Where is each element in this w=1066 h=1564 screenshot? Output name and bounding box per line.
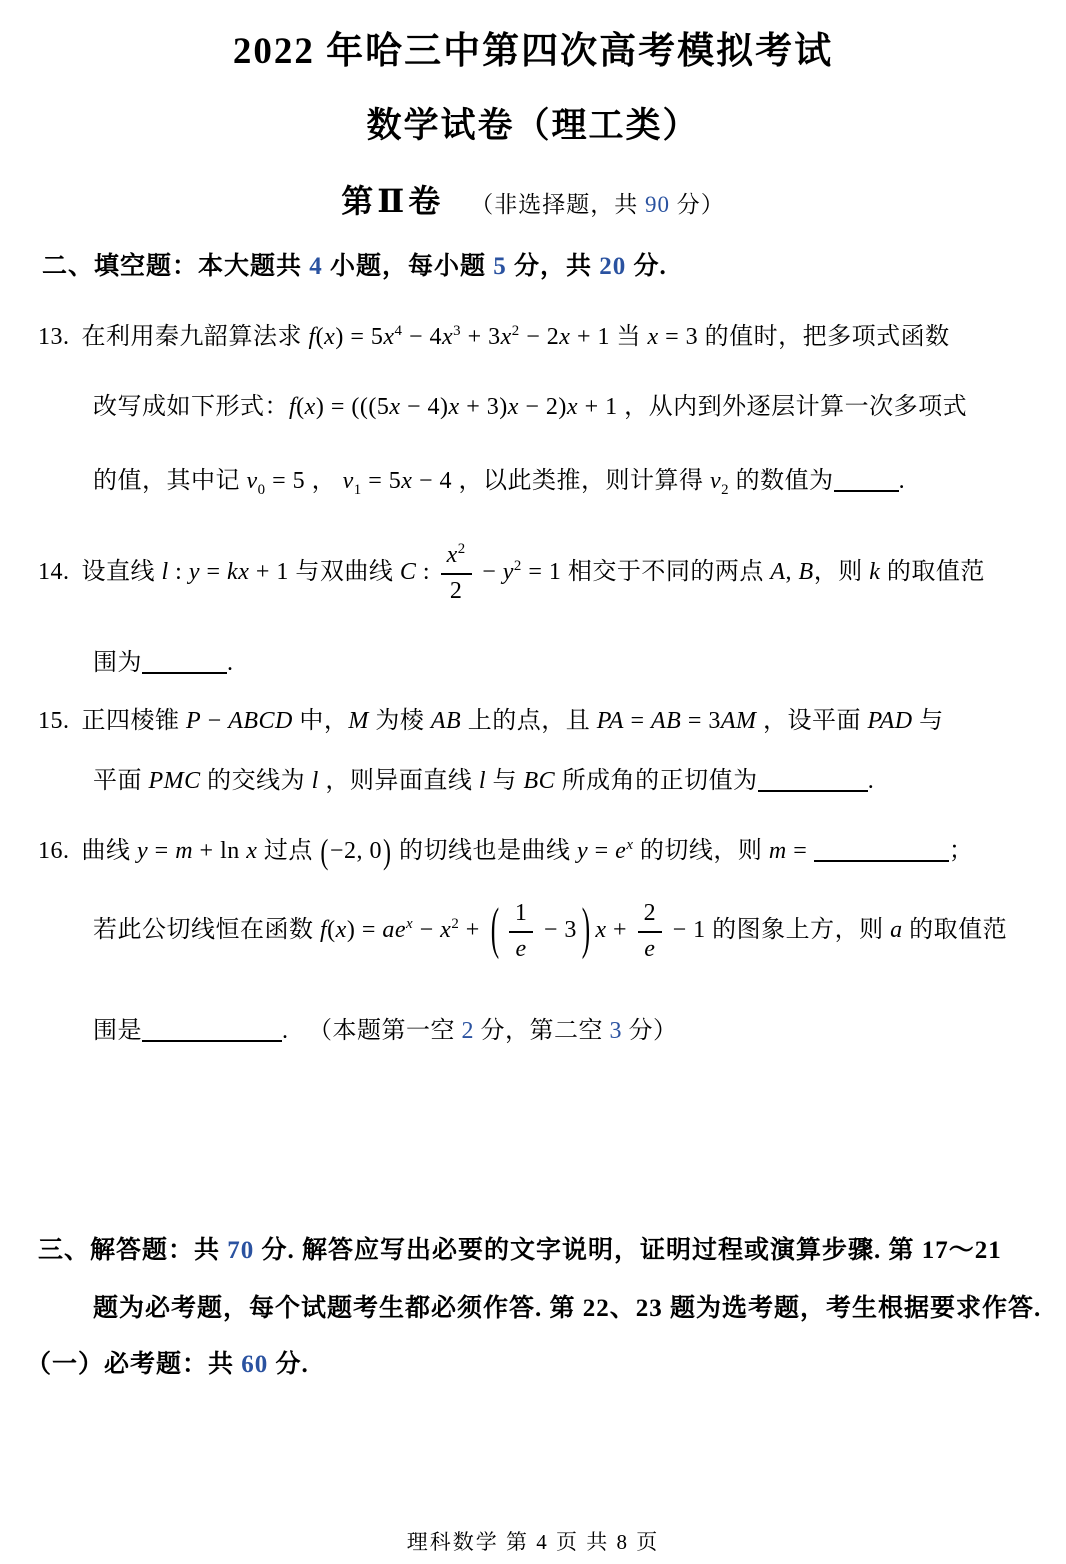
question-16-line-3: 围是. （本题第一空 2 分，第二空 3 分） <box>93 1010 678 1045</box>
question-15-line-2: 平面 PMC 的交线为 l ，则异面直线 l 与 BC 所成角的正切值为. <box>93 760 874 795</box>
question-13-text-1: 在利用秦九韶算法求 f(x) = 5x4 − 4x3 + 3x2 − 2x + … <box>82 324 950 350</box>
answer-section-heading-line-2: 题为必考题，每个试题考生都必须作答. 第 22、23 题为选考题，考生根据要求作… <box>93 1288 1041 1324</box>
right-paren: ) <box>383 834 392 873</box>
question-16-text-1: 曲线 y = m + ln x 过点 (−2, 0) 的切线也是曲线 y = e… <box>82 838 974 864</box>
question-14-text-1: 设直线 l : y = kx + 1 与双曲线 C : x22 − y2 = 1… <box>82 559 985 585</box>
question-16-line-2: 若此公切线恒在函数 f(x) = aex − x2 + (1e − 3)x + … <box>93 900 1007 963</box>
question-15-line-1: 15.正四棱锥 P − ABCD 中，M 为棱 AB 上的点，且 PA = AB… <box>38 700 944 735</box>
question-13-line-2: 改写成如下形式：f(x) = (((5x − 4)x + 3)x − 2)x +… <box>93 386 967 421</box>
volume-subheading: （非选择题，共 90 分） <box>470 192 725 217</box>
question-15-text-1: 正四棱锥 P − ABCD 中，M 为棱 AB 上的点，且 PA = AB = … <box>82 708 944 734</box>
question-13-line-3: 的值，其中记 v0 = 5 ， v1 = 5x − 4 ，以此类推，则计算得 v… <box>93 460 905 495</box>
answer-section-heading-line-1: 三、解答题：共 70 分. 解答应写出必要的文字说明，证明过程或演算步骤. 第 … <box>38 1230 1002 1266</box>
question-13-line-1: 13.在利用秦九韶算法求 f(x) = 5x4 − 4x3 + 3x2 − 2x… <box>38 316 950 351</box>
compulsory-subsection-heading: （一）必考题：共 60 分. <box>26 1344 309 1380</box>
paper-subtitle: 数学试卷（理工类） <box>0 98 1066 148</box>
answer-blank-15 <box>758 770 868 792</box>
page-footer: 理科数学 第 4 页 共 8 页 <box>0 1526 1066 1556</box>
answer-blank-14 <box>142 652 227 674</box>
question-16-number: 16. <box>38 838 70 864</box>
question-13-number: 13. <box>38 324 70 350</box>
volume-heading-row: 第Ⅱ卷 （非选择题，共 90 分） <box>0 176 1066 222</box>
volume-heading: 第Ⅱ卷 <box>341 183 444 219</box>
fraction-1-over-e: 1e <box>509 900 534 963</box>
exam-title: 2022 年哈三中第四次高考模拟考试 <box>0 20 1066 74</box>
fraction-2-over-e: 2e <box>638 900 663 963</box>
question-14-number: 14. <box>38 559 70 585</box>
question-15-number: 15. <box>38 708 70 734</box>
answer-blank-13 <box>834 470 899 492</box>
question-16-line-1: 16.曲线 y = m + ln x 过点 (−2, 0) 的切线也是曲线 y … <box>38 830 973 867</box>
big-left-paren: ( <box>491 899 500 964</box>
exam-paper-page: 2022 年哈三中第四次高考模拟考试 数学试卷（理工类） 第Ⅱ卷 （非选择题，共… <box>0 0 1066 1564</box>
answer-blank-16b <box>142 1020 282 1042</box>
question-14-line-2: 围为. <box>93 642 234 677</box>
big-right-paren: ) <box>582 899 591 964</box>
question-14-line-1: 14.设直线 l : y = kx + 1 与双曲线 C : x22 − y2 … <box>38 542 985 605</box>
fraction-x-squared-over-2: x22 <box>441 542 472 605</box>
answer-blank-16a <box>814 840 949 862</box>
fill-in-section-heading: 二、填空题：本大题共 4 小题，每小题 5 分，共 20 分. <box>42 246 667 282</box>
left-paren: ( <box>320 834 329 873</box>
